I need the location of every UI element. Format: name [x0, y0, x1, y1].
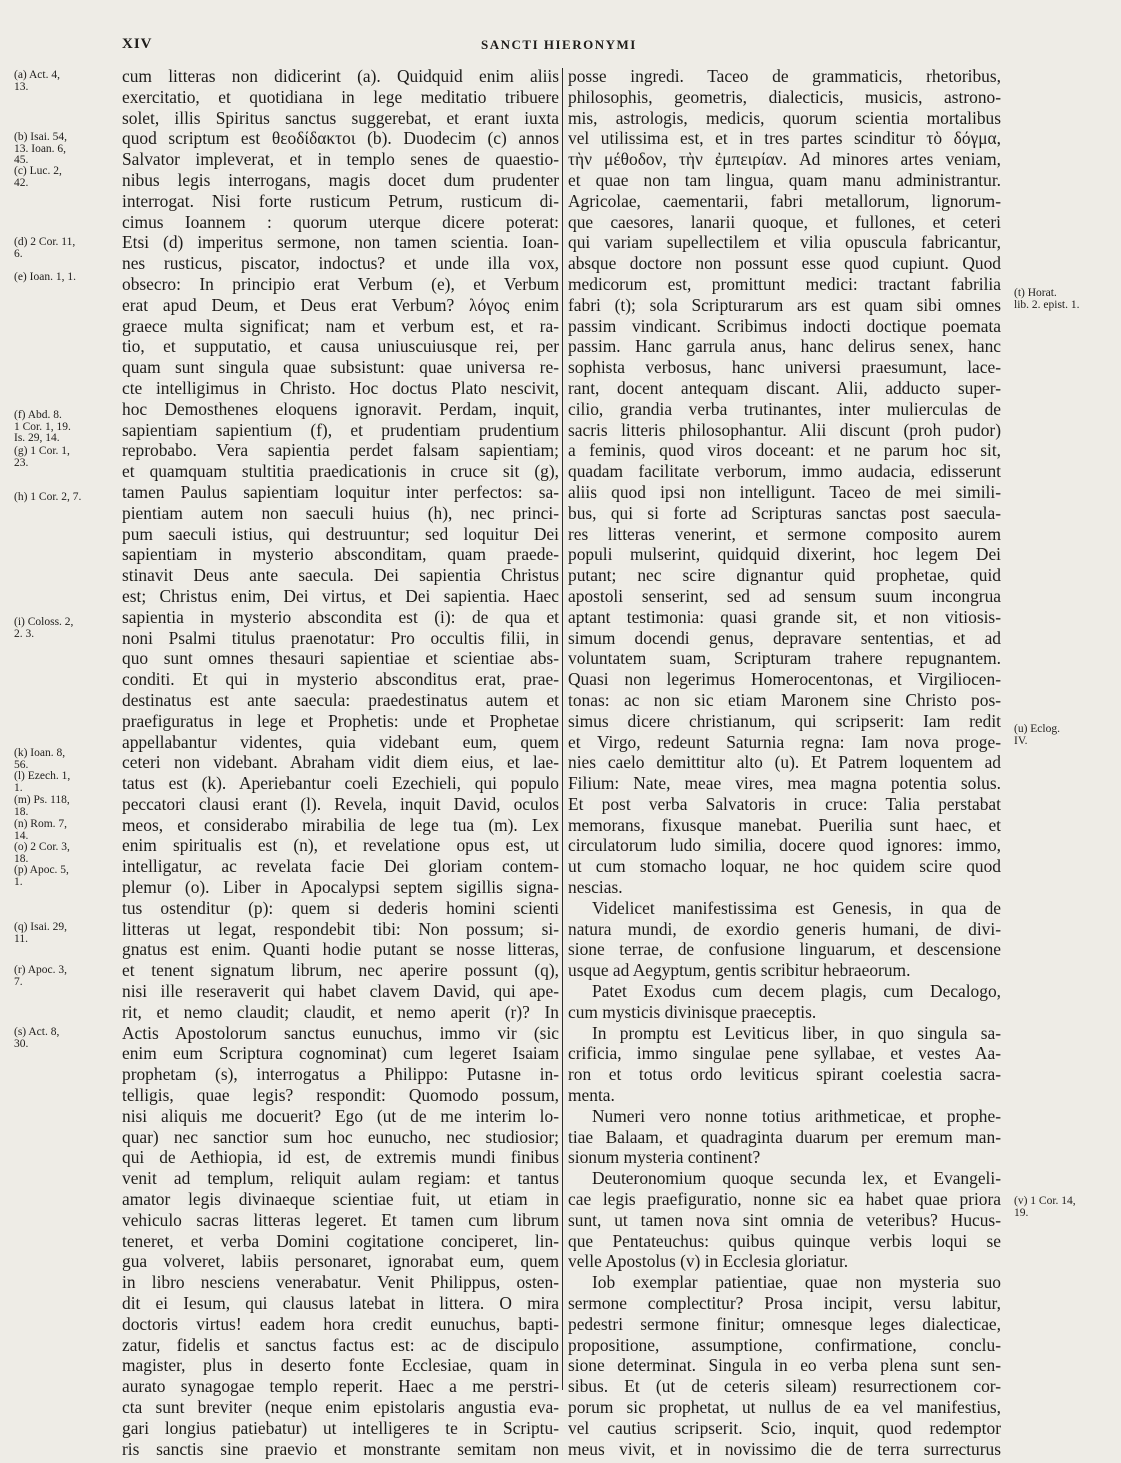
margin-note: (b) Isai. 54,13. Ioan. 6,45. — [14, 132, 118, 167]
text-line: sunt, ut tamen nova sint omnia de veteri… — [568, 1210, 1001, 1231]
text-line: stinavit Deus ante saecula. Dei sapienti… — [122, 565, 559, 586]
text-line: qui de Aethiopia, id est, de extremis mu… — [122, 1147, 559, 1168]
text-line: fabri (t); sola Scripturarum ars est qua… — [568, 295, 1001, 316]
margin-note-line: (m) Ps. 118, — [14, 795, 118, 807]
margin-note-line: (b) Isai. 54, — [14, 132, 118, 144]
margin-note: (t) Horat.lib. 2. epist. 1. — [1014, 288, 1114, 311]
margin-note-line: (d) 2 Cor. 11, — [14, 237, 118, 249]
text-line: putant; nec scire dignantur quid prophet… — [568, 565, 1001, 586]
text-line: peccatori clausi erant (l). Revela, inqu… — [122, 794, 559, 815]
text-line: tus ostenditur (p): quem si dederis homi… — [122, 898, 559, 919]
text-line: memorans, fixusque manebat. Puerilia sun… — [568, 815, 1001, 836]
text-line: bus, qui si forte ad Scripturas sanctas … — [568, 503, 1001, 524]
text-line: natura mundi, de exordio generis humani,… — [568, 919, 1001, 940]
text-line: a feminis, quod viros doceant: et ne par… — [568, 440, 1001, 461]
column-divider — [562, 68, 563, 1390]
text-line: nisi ille reseraverit qui habet clavem D… — [122, 981, 559, 1002]
text-line: Patet Exodus cum decem plagis, cum Decal… — [568, 981, 1001, 1002]
text-line: Actis Apostolorum sanctus eunuchus, immo… — [122, 1023, 559, 1044]
page-number: XIV — [122, 36, 153, 53]
text-line: est; Christus enim, Dei virtus, et Dei s… — [122, 586, 559, 607]
margin-note-line: 6. — [14, 249, 118, 261]
margin-note-line: 11. — [14, 934, 118, 946]
text-line: porum sic prophetat, ut nullus de ea vel… — [568, 1397, 1001, 1418]
text-line: pientiam autem non saeculi huius (h), ne… — [122, 503, 559, 524]
margin-note: (a) Act. 4,13. — [14, 70, 118, 93]
margin-note: (h) 1 Cor. 2, 7. — [14, 492, 118, 504]
text-line: tonas: ac non sic etiam Maronem sine Chr… — [568, 690, 1001, 711]
text-line: teneret, et verba Domini cogitatione con… — [122, 1231, 559, 1252]
text-line: res litteras venerint, et sermone compos… — [568, 524, 1001, 545]
margin-note-line: (u) Eclog. — [1014, 724, 1114, 736]
text-line: cilio, grandia verba trutinantes, inter … — [568, 399, 1001, 420]
text-line: vehiculo sacras litteras legeret. Et tam… — [122, 1210, 559, 1231]
text-line: cte intelligimus in Christo. Hoc doctus … — [122, 378, 559, 399]
text-line: cum mysticis divinisque praeceptis. — [568, 1002, 1001, 1023]
text-line: doctoris virtus! eadem hora credit eunuc… — [122, 1314, 559, 1335]
margin-note-line: (p) Apoc. 5, — [14, 865, 118, 877]
text-line: gua volveret, labiis personaret, ignorab… — [122, 1251, 559, 1272]
text-line: in libro nesciens venerabatur. Venit Phi… — [122, 1272, 559, 1293]
margin-note-line: (a) Act. 4, — [14, 70, 118, 82]
text-line: et quamquam stultitia praedicationis in … — [122, 461, 559, 482]
text-line: cae legis praefiguratio, nonne sic ea ha… — [568, 1189, 1001, 1210]
text-line: sermone complectitur? Prosa incipit, ver… — [568, 1293, 1001, 1314]
margin-note: (m) Ps. 118,18. — [14, 795, 118, 818]
text-line: interrogat. Nisi forte rusticum Petrum, … — [122, 191, 559, 212]
text-line: reprobabo. Vera sapientia perdet falsam … — [122, 440, 559, 461]
margin-note-line: 1. — [14, 877, 118, 889]
margin-note: (s) Act. 8,30. — [14, 1027, 118, 1050]
text-line: cimus Ioannem : quorum uterque dicere po… — [122, 212, 559, 233]
margin-note-line: IV. — [1014, 736, 1114, 748]
text-line: cum litteras non didicerint (a). Quidqui… — [122, 66, 559, 87]
text-line: venit ad templum, reliquit aulam regiam:… — [122, 1168, 559, 1189]
margin-note-line: (e) Ioan. 1, 1. — [14, 272, 118, 284]
margin-note: (u) Eclog.IV. — [1014, 724, 1114, 747]
margin-note-line: (h) 1 Cor. 2, 7. — [14, 492, 118, 504]
text-line: aptant testimonia: quasi grande sit, et … — [568, 607, 1001, 628]
margin-note-line: (n) Rom. 7, — [14, 819, 118, 831]
text-line: Deuteronomium quoque secunda lex, et Eva… — [568, 1168, 1001, 1189]
text-line: zatur, fidelis et sanctus factus est: ac… — [122, 1335, 559, 1356]
text-line: Salvator impleverat, et in templo senes … — [122, 149, 559, 170]
text-line: et quae non tam lingua, quam manu admini… — [568, 170, 1001, 191]
text-line: Numeri vero nonne totius arithmeticae, e… — [568, 1106, 1001, 1127]
text-line: sacris litteris philosophantur. Alii dis… — [568, 420, 1001, 441]
margin-note-line: 19. — [1014, 1208, 1114, 1220]
text-line: philosophis, geometris, dialecticis, mus… — [568, 87, 1001, 108]
margin-note: (c) Luc. 2,42. — [14, 166, 118, 189]
text-line: Filium: Nate, meae vires, mea magna pote… — [568, 773, 1001, 794]
margin-note: (q) Isai. 29,11. — [14, 922, 118, 945]
text-line: hoc Demosthenes eloquens ignoravit. Perd… — [122, 399, 559, 420]
text-line: solet, illis Spiritus sanctus suggerebat… — [122, 108, 559, 129]
text-line: simus dicere christianum, qui scripserit… — [568, 711, 1001, 732]
text-line: rit, et nemo claudit; claudit, et nemo a… — [122, 1002, 559, 1023]
margin-note-line: 7. — [14, 977, 118, 989]
text-line: crificia, immo singulae pene syllabae, e… — [568, 1043, 1001, 1064]
margin-note: (n) Rom. 7,14. — [14, 819, 118, 842]
text-line: prophetam (s), interrogatus a Philippo: … — [122, 1064, 559, 1085]
text-line: qui variam supellectilem et vilia opuscu… — [568, 232, 1001, 253]
text-line: circulatorum ludo similia, docere quod i… — [568, 835, 1001, 856]
text-line: magister, plus in deserto fonte Ecclesia… — [122, 1355, 559, 1376]
text-line: propositione, assumptione, confirmatione… — [568, 1335, 1001, 1356]
text-line: plemur (o). Liber in Apocalypsi septem s… — [122, 877, 559, 898]
text-line: absque doctore non possunt esse quod cup… — [568, 253, 1001, 274]
margin-note-line: (f) Abd. 8. — [14, 410, 118, 422]
text-line: ceteri non videbant. Abraham vidit diem … — [122, 752, 559, 773]
text-line: pum saeculi istius, qui destruuntur; sed… — [122, 524, 559, 545]
margin-note: (v) 1 Cor. 14,19. — [1014, 1196, 1114, 1219]
margin-note-line: 30. — [14, 1039, 118, 1051]
text-line: gnatus est enim. Quanti hodie putant se … — [122, 939, 559, 960]
margin-note-line: (v) 1 Cor. 14, — [1014, 1196, 1114, 1208]
text-line: aurato synagogae templo reperit. Haec a … — [122, 1376, 559, 1397]
text-line: sibus. Et (ut de ceteris sileam) resurre… — [568, 1376, 1001, 1397]
right-text-column: posse ingredi. Taceo de grammaticis, rhe… — [568, 66, 1001, 1459]
text-line: passim vindicant. Scribimus indocti doct… — [568, 316, 1001, 337]
text-line: vel cautius scripserit. Scio, inquit, qu… — [568, 1418, 1001, 1439]
text-line: erat apud Deum, et Deus erat Verbum? λόγ… — [122, 295, 559, 316]
text-line: Etsi (d) imperitus sermone, non tamen sc… — [122, 232, 559, 253]
text-line: amator legis divinaeque scientiae fuit, … — [122, 1189, 559, 1210]
text-line: Quasi non legerimus Homerocentonas, et V… — [568, 669, 1001, 690]
margin-note: (r) Apoc. 3,7. — [14, 965, 118, 988]
margin-note-line: 42. — [14, 178, 118, 190]
text-line: tio, et supputatio, et causa uniuscuiusq… — [122, 336, 559, 357]
text-line: litteras ut legat, respondebit tibi: Non… — [122, 919, 559, 940]
text-line: τὴν μέθοδον, τὴν ἐμπειρίαν. Ad minores a… — [568, 149, 1001, 170]
text-line: Agricolae, caementarii, fabri metallorum… — [568, 191, 1001, 212]
text-line: noni Psalmi titulus praenotatur: Pro occ… — [122, 628, 559, 649]
text-line: quo sunt omnes thesauri sapientiae et sc… — [122, 648, 559, 669]
text-line: meus vivit, et in novissimo die de terra… — [568, 1439, 1001, 1460]
text-line: nescias. — [568, 877, 1001, 898]
text-line: voluntatem suam, Scripturam trahere repu… — [568, 648, 1001, 669]
margin-note: (l) Ezech. 1,1. — [14, 771, 118, 794]
text-line: menta. — [568, 1085, 1001, 1106]
text-line: tamen Paulus sapientiam loquitur inter p… — [122, 482, 559, 503]
text-line: sapientiam in mysterio absconditam, quam… — [122, 544, 559, 565]
text-line: sapientiam sapientium (f), et prudentiam… — [122, 420, 559, 441]
text-line: que caesores, lanarii quoque, et fullone… — [568, 212, 1001, 233]
text-line: ris sanctis sine praevio et monstrante s… — [122, 1439, 559, 1460]
text-line: appellabantur videntes, quia videbant eu… — [122, 732, 559, 753]
text-line: gari longius patiebatur) ut intelligeres… — [122, 1418, 559, 1439]
text-line: graece multa significat; nam et verbum e… — [122, 316, 559, 337]
text-line: ut cum stomacho loquar, ne hoc quidem sc… — [568, 856, 1001, 877]
margin-note-line: 13. — [14, 82, 118, 94]
page-header: XIV SANCTI HIERONYMI — [0, 36, 1121, 56]
margin-note-line: lib. 2. epist. 1. — [1014, 300, 1114, 312]
text-line: exercitatio, et quotidiana in lege medit… — [122, 87, 559, 108]
text-line: velle Apostolus (v) in Ecclesia gloriatu… — [568, 1251, 1001, 1272]
text-line: tiae Balaam, et quadraginta duarum per e… — [568, 1127, 1001, 1148]
text-line: meos, et considerabo mirabilia de lege t… — [122, 815, 559, 836]
text-line: Videlicet manifestissima est Genesis, in… — [568, 898, 1001, 919]
margin-note: (e) Ioan. 1, 1. — [14, 272, 118, 284]
margin-note-line: (k) Ioan. 8, — [14, 748, 118, 760]
text-line: telligis, quae legis? respondit: Quomodo… — [122, 1085, 559, 1106]
text-line: quod scriptum est θεοδίδακτοι (b). Duode… — [122, 128, 559, 149]
running-head: SANCTI HIERONYMI — [481, 37, 637, 53]
text-line: cta sunt breviter (neque enim epistolari… — [122, 1397, 559, 1418]
margin-note-line: (t) Horat. — [1014, 288, 1114, 300]
text-line: intelligatur, ac revelata facie Dei glor… — [122, 856, 559, 877]
text-line: sione terrae, de confusione linguarum, e… — [568, 939, 1001, 960]
margin-note: (p) Apoc. 5,1. — [14, 865, 118, 888]
text-line: quadam facilitate verborum, immo audacia… — [568, 461, 1001, 482]
text-line: mis, astrologis, medicis, quorum scienti… — [568, 108, 1001, 129]
left-text-column: cum litteras non didicerint (a). Quidqui… — [122, 66, 559, 1459]
text-line: nibus legis interrogans, magis docet dum… — [122, 170, 559, 191]
text-line: vel utilissima est, et in tres partes sc… — [568, 128, 1001, 149]
text-line: apostoli senserint, sed ad sensum suum i… — [568, 586, 1001, 607]
text-line: rant, docent antequam discant. Alii, add… — [568, 378, 1001, 399]
margin-note: (d) 2 Cor. 11,6. — [14, 237, 118, 260]
text-line: ron et totus ordo leviticus spirant coel… — [568, 1064, 1001, 1085]
text-line: populi mulserint, quidquid dixerint, hoc… — [568, 544, 1001, 565]
text-line: sophista verbosus, hanc universi praesum… — [568, 357, 1001, 378]
margin-note-line: (r) Apoc. 3, — [14, 965, 118, 977]
text-line: destinatus est ante saecula: praedestina… — [122, 690, 559, 711]
text-line: quam sunt singula quae subsistunt: quae … — [122, 357, 559, 378]
margin-note: (o) 2 Cor. 3,18. — [14, 842, 118, 865]
margin-note-line: (q) Isai. 29, — [14, 922, 118, 934]
text-line: sionum mysteria continent? — [568, 1147, 1001, 1168]
margin-note-line: 23. — [14, 458, 118, 470]
text-line: conditi. Et qui in mysterio absconditus … — [122, 669, 559, 690]
text-line: posse ingredi. Taceo de grammaticis, rhe… — [568, 66, 1001, 87]
margin-note: (i) Coloss. 2,2. 3. — [14, 617, 118, 640]
text-line: simum docendi genus, depravare sententia… — [568, 628, 1001, 649]
margin-note-line: (o) 2 Cor. 3, — [14, 842, 118, 854]
text-line: pedestri sermone finitur; omnesque leges… — [568, 1314, 1001, 1335]
margin-note: (k) Ioan. 8,56. — [14, 748, 118, 771]
margin-note-line: (g) 1 Cor. 1, — [14, 446, 118, 458]
margin-note-line: (s) Act. 8, — [14, 1027, 118, 1039]
text-line: que Pentateuchus: quibus quinque verbis … — [568, 1231, 1001, 1252]
text-line: enim eum Scriptura cognominat) cum leger… — [122, 1043, 559, 1064]
text-line: obsecro: In principio erat Verbum (e), e… — [122, 274, 559, 295]
margin-note-line: 13. Ioan. 6, — [14, 144, 118, 156]
margin-note-line: Is. 29, 14. — [14, 433, 118, 445]
text-line: aliis quod ipsi non intelligunt. Taceo d… — [568, 482, 1001, 503]
text-line: medicorum est, promittunt medici: tracta… — [568, 274, 1001, 295]
text-line: In promptu est Leviticus liber, in quo s… — [568, 1023, 1001, 1044]
margin-note-line: 1. — [14, 783, 118, 795]
margin-note: (g) 1 Cor. 1,23. — [14, 446, 118, 469]
text-line: et tenent signatum librum, nec aperire p… — [122, 960, 559, 981]
text-line: et Virgo, redeunt Saturnia regna: Iam no… — [568, 732, 1001, 753]
text-line: passim. Hanc garrula anus, hanc delirus … — [568, 336, 1001, 357]
text-line: Et post verba Salvatoris in cruce: Talia… — [568, 794, 1001, 815]
text-line: usque ad Aegyptum, gentis scribitur hebr… — [568, 960, 1001, 981]
text-line: quar) nec sanctior sum hoc eunucho, nec … — [122, 1127, 559, 1148]
text-line: dit ei Iesum, qui clausus latebat in lit… — [122, 1293, 559, 1314]
margin-note-line: (i) Coloss. 2, — [14, 617, 118, 629]
margin-note-line: (c) Luc. 2, — [14, 166, 118, 178]
margin-note: (f) Abd. 8.1 Cor. 1, 19.Is. 29, 14. — [14, 410, 118, 445]
text-line: praefiguratus in lege et Prophetis: unde… — [122, 711, 559, 732]
text-line: nisi aliquis me docuerit? Ego (ut de me … — [122, 1106, 559, 1127]
text-line: enim spiritualis est (n), et revelatione… — [122, 835, 559, 856]
text-line: tatus est (k). Aperiebantur coeli Ezechi… — [122, 773, 559, 794]
text-line: nies caelo demittitur alto (u). Et Patre… — [568, 752, 1001, 773]
margin-note-line: (l) Ezech. 1, — [14, 771, 118, 783]
text-line: Iob exemplar patientiae, quae non myster… — [568, 1272, 1001, 1293]
text-line: nes rusticus, piscator, indoctus? et und… — [122, 253, 559, 274]
margin-note-line: 18. — [14, 807, 118, 819]
text-line: sione determinat. Singula in eo verba pl… — [568, 1355, 1001, 1376]
text-line: sapientia in mysterio abscondita est (i)… — [122, 607, 559, 628]
margin-note-line: 2. 3. — [14, 629, 118, 641]
